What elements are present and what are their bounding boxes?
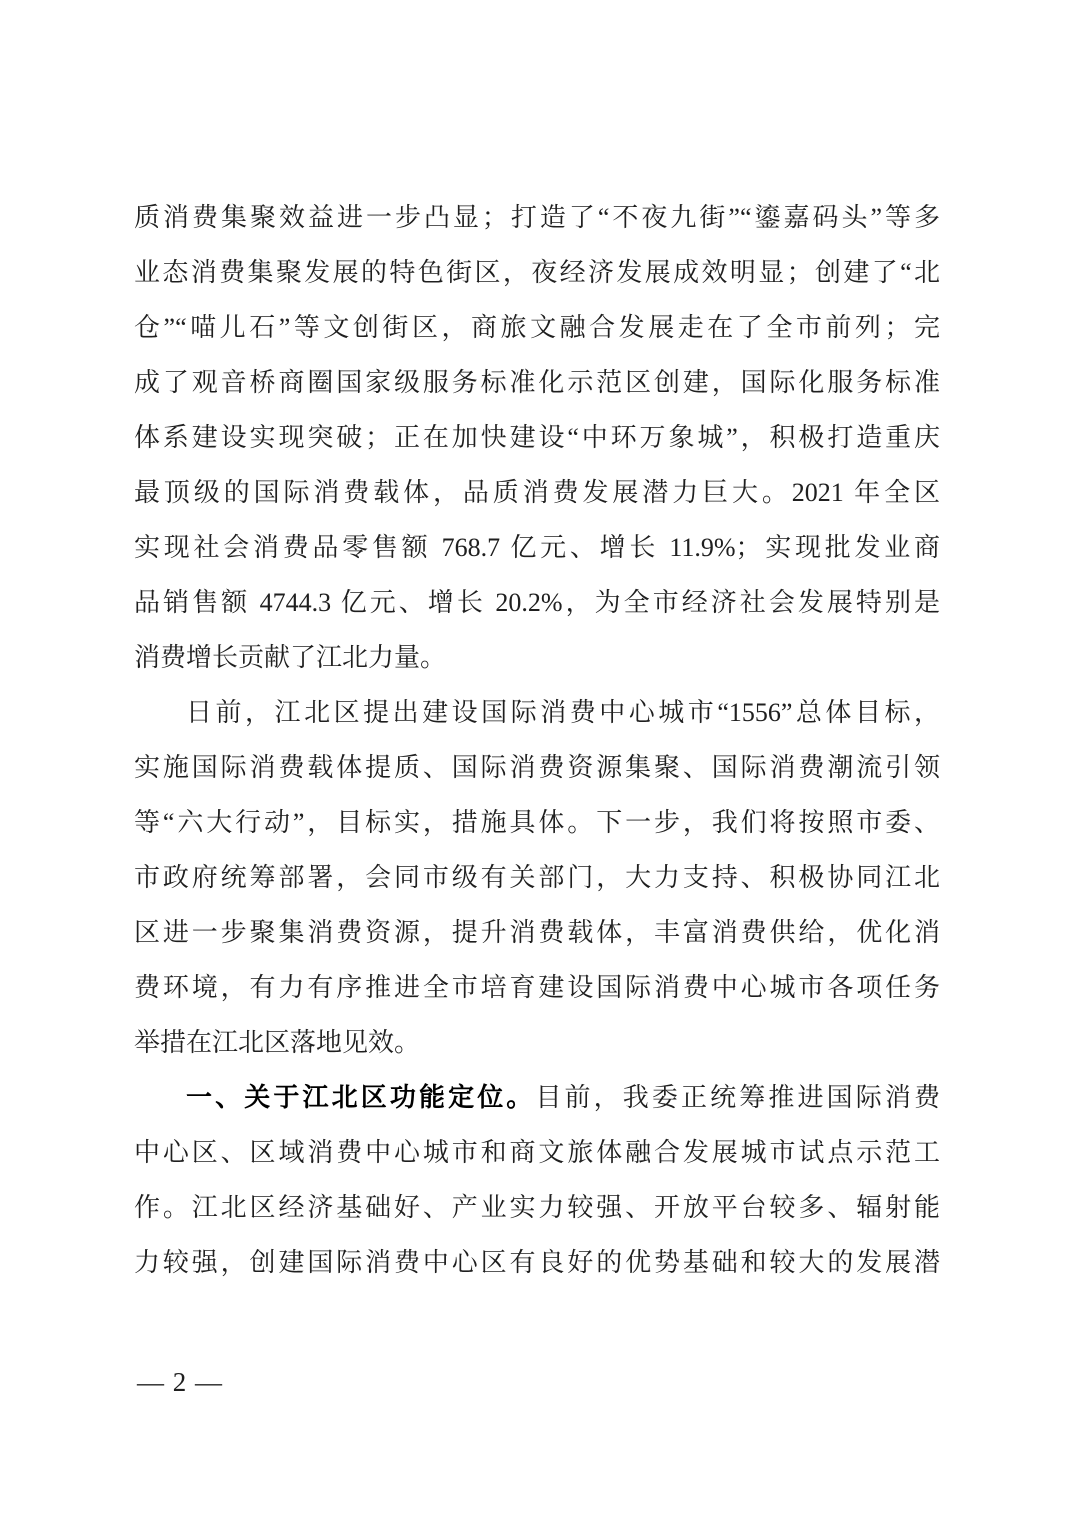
text-line: 仓”“喵儿石”等文创街区，商旅文融合发展走在了全市前列；完 [134, 300, 940, 355]
text-block: 质消费集聚效益进一步凸显；打造了“不夜九街”“鎏嘉码头”等多业态消费集聚发展的特… [134, 190, 940, 1290]
text-line: 力较强，创建国际消费中心区有良好的优势基础和较大的发展潜 [134, 1235, 940, 1290]
text-line: 体系建设实现突破；正在加快建设“中环万象城”，积极打造重庆 [134, 410, 940, 465]
page-number: — 2 — [137, 1362, 223, 1402]
text-line: 等“六大行动”，目标实，措施具体。下一步，我们将按照市委、 [134, 795, 940, 850]
body-text: 目前，我委正统筹推进国际消费 [535, 1083, 940, 1112]
text-line: 费环境，有力有序推进全市培育建设国际消费中心城市各项任务 [134, 960, 940, 1015]
text-line: 实施国际消费载体提质、国际消费资源集聚、国际消费潮流引领 [134, 740, 940, 795]
text-line: 质消费集聚效益进一步凸显；打造了“不夜九街”“鎏嘉码头”等多 [134, 190, 940, 245]
section-heading: 一、关于江北区功能定位。 [186, 1082, 535, 1112]
text-line: 品销售额 4744.3 亿元、增长 20.2%，为全市经济社会发展特别是 [134, 575, 940, 630]
text-line: 最顶级的国际消费载体，品质消费发展潜力巨大。2021 年全区 [134, 465, 940, 520]
text-line: 消费增长贡献了江北力量。 [134, 630, 940, 685]
text-line: 成了观音桥商圈国家级服务标准化示范区创建，国际化服务标准 [134, 355, 940, 410]
text-line: 一、关于江北区功能定位。目前，我委正统筹推进国际消费 [134, 1070, 940, 1125]
text-line: 业态消费集聚发展的特色街区，夜经济发展成效明显；创建了“北 [134, 245, 940, 300]
text-line: 中心区、区域消费中心城市和商文旅体融合发展城市试点示范工 [134, 1125, 940, 1180]
text-line: 作。江北区经济基础好、产业实力较强、开放平台较多、辐射能 [134, 1180, 940, 1235]
document-page: 质消费集聚效益进一步凸显；打造了“不夜九街”“鎏嘉码头”等多业态消费集聚发展的特… [0, 0, 1074, 1520]
text-line: 实现社会消费品零售额 768.7 亿元、增长 11.9%；实现批发业商 [134, 520, 940, 575]
text-line: 区进一步聚集消费资源，提升消费载体，丰富消费供给，优化消 [134, 905, 940, 960]
text-line: 举措在江北区落地见效。 [134, 1015, 940, 1070]
text-line: 市政府统筹部署，会同市级有关部门，大力支持、积极协同江北 [134, 850, 940, 905]
text-line: 日前，江北区提出建设国际消费中心城市“1556”总体目标， [134, 685, 940, 740]
